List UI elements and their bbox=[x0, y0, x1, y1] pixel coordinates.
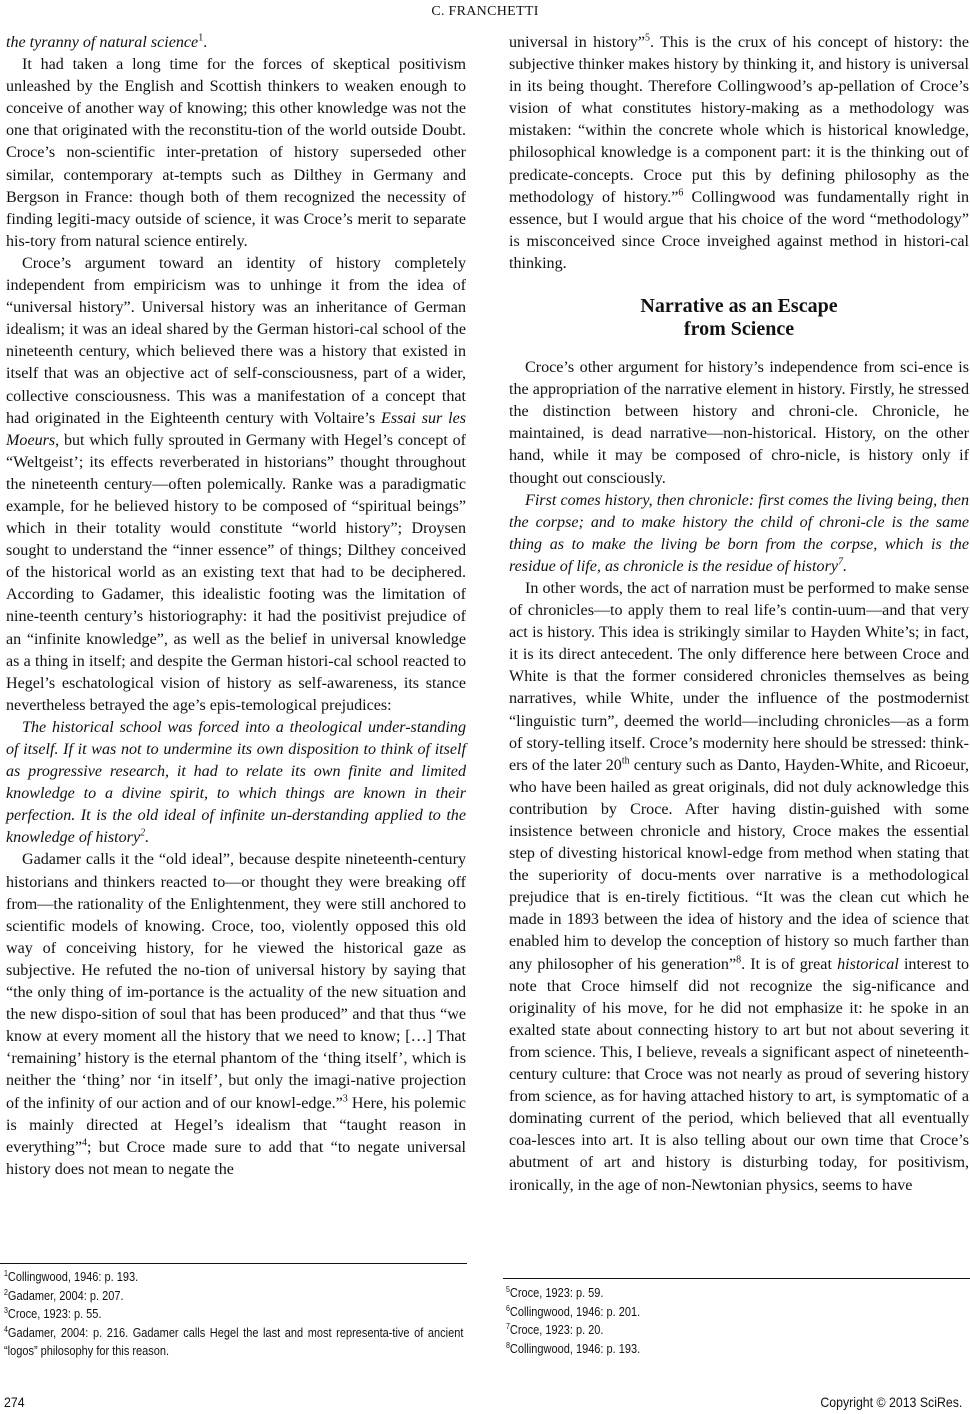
footnote-divider-right bbox=[503, 1278, 970, 1279]
running-head: C. FRANCHETTI bbox=[0, 4, 970, 20]
footnotes-left: 1Collingwood, 1946: p. 193. 2Gadamer, 20… bbox=[4, 1268, 466, 1361]
paragraph-positivism: It had taken a long time for the forces … bbox=[6, 54, 466, 253]
paragraph-narration: In other words, the act of narration mus… bbox=[509, 578, 969, 1197]
footnote-4: 4Gadamer, 2004: p. 216. Gadamer calls He… bbox=[4, 1324, 463, 1361]
paragraph-universal-history: Croce’s argument toward an identity of h… bbox=[6, 253, 466, 717]
paragraph-narrative: Croce’s other argument for history’s ind… bbox=[509, 357, 969, 490]
footnotes-right: 5Croce, 1923: p. 59. 6Collingwood, 1946:… bbox=[506, 1284, 966, 1358]
section-heading: Narrative as an Escape from Science bbox=[509, 295, 969, 341]
footnote-3: 3Croce, 1923: p. 55. bbox=[4, 1305, 463, 1324]
block-quote-croce: First comes history, then chronicle: fir… bbox=[509, 490, 969, 578]
paragraph-old-ideal: Gadamer calls it the “old ideal”, becaus… bbox=[6, 849, 466, 1180]
page-number: 274 bbox=[4, 1394, 25, 1410]
footnote-7: 7Croce, 1923: p. 20. bbox=[506, 1321, 963, 1340]
right-column: universal in history”5. This is the crux… bbox=[509, 32, 969, 1197]
footnote-2: 2Gadamer, 2004: p. 207. bbox=[4, 1287, 463, 1306]
footnote-1: 1Collingwood, 1946: p. 193. bbox=[4, 1268, 463, 1287]
paragraph-quote-ending: the tyranny of natural science1. bbox=[6, 32, 466, 54]
footnote-divider-left bbox=[0, 1263, 467, 1264]
footnote-6: 6Collingwood, 1946: p. 201. bbox=[506, 1303, 963, 1322]
copyright-notice: Copyright © 2013 SciRes. bbox=[820, 1394, 962, 1410]
left-column: the tyranny of natural science1. It had … bbox=[6, 32, 466, 1181]
footnote-8: 8Collingwood, 1946: p. 193. bbox=[506, 1340, 963, 1359]
paragraph-crux: universal in history”5. This is the crux… bbox=[509, 32, 969, 275]
block-quote-gadamer: The historical school was forced into a … bbox=[6, 717, 466, 850]
footnote-5: 5Croce, 1923: p. 59. bbox=[506, 1284, 963, 1303]
